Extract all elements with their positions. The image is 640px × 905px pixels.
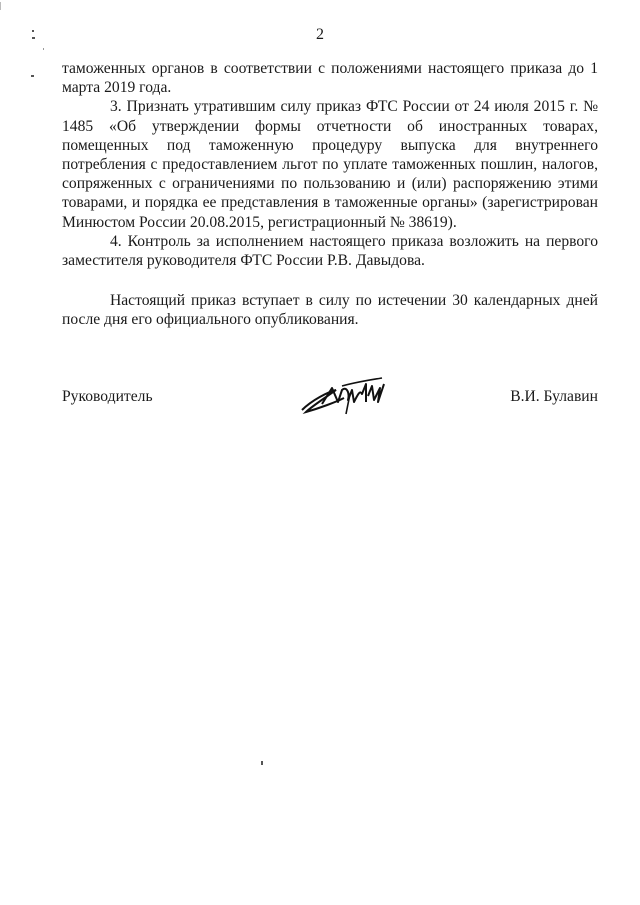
scan-artifact	[0, 2, 1, 10]
scan-artifact	[31, 75, 34, 77]
signatory-name: В.И. Булавин	[510, 388, 598, 406]
signature-icon	[292, 372, 402, 420]
document-body: таможенных органов в соответствии с поло…	[62, 59, 598, 330]
page-number: 2	[0, 26, 640, 44]
signatory-position: Руководитель	[62, 388, 153, 406]
scan-artifact	[261, 761, 263, 765]
paragraph-effective-date: Настоящий приказ вступает в силу по исте…	[62, 291, 598, 329]
paragraph-continuation: таможенных органов в соответствии с поло…	[62, 59, 598, 97]
paragraph-item-4: 4. Контроль за исполнением настоящего пр…	[62, 232, 598, 270]
paragraph-item-3: 3. Признать утратившим силу приказ ФТС Р…	[62, 97, 598, 231]
document-page: 2 таможенных органов в соответствии с по…	[0, 0, 640, 905]
scan-artifact	[43, 48, 44, 50]
